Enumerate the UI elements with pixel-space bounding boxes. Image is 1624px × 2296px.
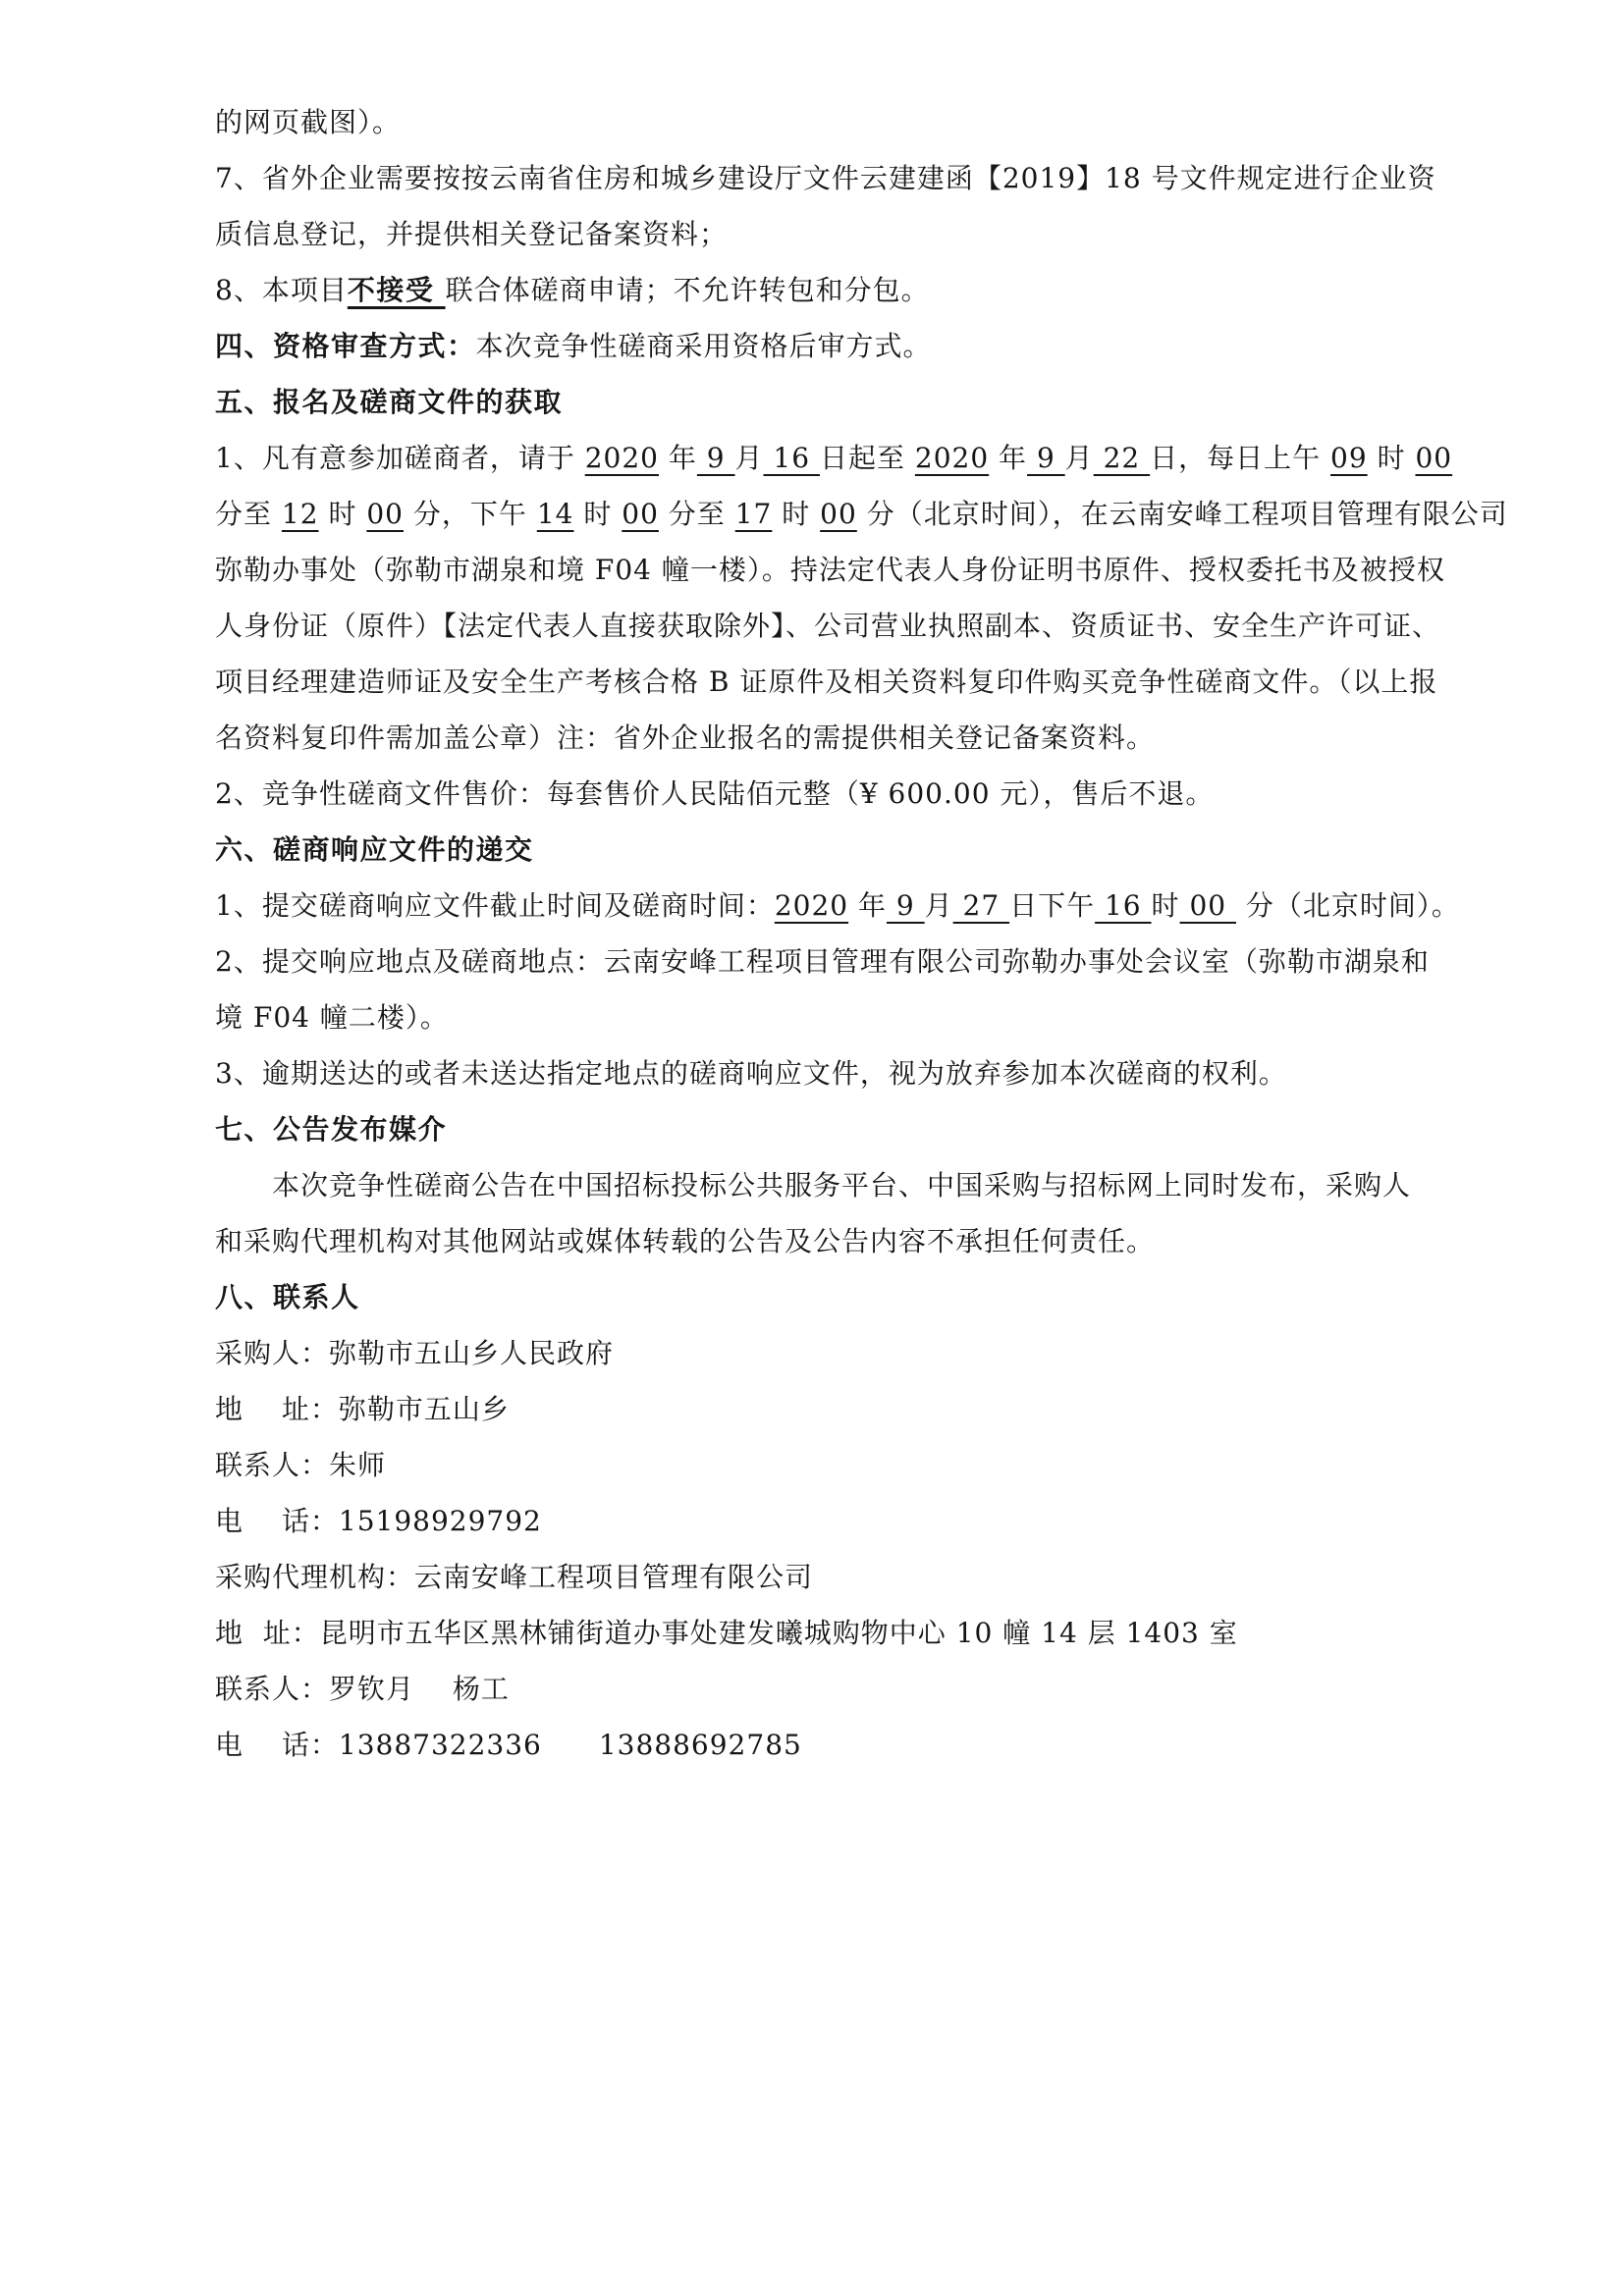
s6-item2-line-2: 境 F04 幢二楼）。 <box>215 989 1442 1045</box>
agency-contact: 联系人：罗钦月 杨工 <box>215 1661 1442 1717</box>
s5-item1-line-1: 1、凡有意参加磋商者，请于 2020 年 9 月 16 日起至 2020 年 9… <box>215 430 1442 486</box>
text-run: 时 <box>1368 442 1416 474</box>
underlined-value: 00 <box>1180 889 1236 922</box>
section-7-heading: 七、公告发布媒介 <box>215 1101 1442 1157</box>
bold-text: 八、联系人 <box>215 1281 360 1313</box>
s5-item1-line-5: 项目经理建造师证及安全生产考核合格 B 证原件及相关资料复印件购买竞争性磋商文件… <box>215 654 1442 710</box>
text-run: 3、逾期送达的或者未送达指定地点的磋商响应文件，视为放弃参加本次磋商的权利。 <box>215 1057 1287 1090</box>
text-run: 时 <box>319 498 367 530</box>
text-run: 7、省外企业需要按按云南省住房和城乡建设厅文件云建建函【2019】18 号文件规… <box>215 162 1436 194</box>
s5-item1-line-6: 名资料复印件需加盖公章）注：省外企业报名的需提供相关登记备案资料。 <box>215 710 1442 766</box>
text-run: 日下午 <box>1009 889 1095 922</box>
text-run: 地 址：昆明市五华区黑林铺街道办事处建发曦城购物中心 10 幢 14 层 140… <box>215 1617 1238 1649</box>
text-run: 采购代理机构：云南安峰工程项目管理有限公司 <box>215 1561 813 1593</box>
underlined-value: 22 <box>1094 442 1150 474</box>
bold-underlined-text: 不接受 <box>348 274 446 306</box>
clause-7-line-2: 质信息登记，并提供相关登记备案资料； <box>215 206 1442 262</box>
section-8-heading: 八、联系人 <box>215 1269 1442 1325</box>
text-run: 境 F04 幢二楼）。 <box>215 1001 449 1034</box>
text-run: 分至 <box>215 498 282 530</box>
text-run: 本次竞争性磋商采用资格后审方式。 <box>476 330 932 362</box>
text-run: 分，下午 <box>404 498 537 530</box>
buyer-name: 采购人：弥勒市五山乡人民政府 <box>215 1325 1442 1381</box>
text-run: 时 <box>573 498 622 530</box>
s5-item1-line-3: 弥勒办事处（弥勒市湖泉和境 F04 幢一楼）。持法定代表人身份证明书原件、授权委… <box>215 542 1442 598</box>
bold-text: 七、公告发布媒介 <box>215 1113 447 1146</box>
section-5-heading: 五、报名及磋商文件的获取 <box>215 374 1442 430</box>
underlined-value: 9 <box>887 889 925 922</box>
text-run: 时 <box>772 498 820 530</box>
underlined-value: 2020 <box>585 442 659 474</box>
text-run: 2、竞争性磋商文件售价：每套售价人民陆佰元整（¥ 600.00 元），售后不退。 <box>215 777 1214 810</box>
text-run: 日起至 <box>820 442 915 474</box>
s7-para-line-1: 本次竞争性磋商公告在中国招标投标公共服务平台、中国采购与招标网上同时发布，采购人 <box>215 1157 1442 1213</box>
underlined-value: 00 <box>1415 442 1452 474</box>
section-4-qualification-review: 四、资格审查方式：本次竞争性磋商采用资格后审方式。 <box>215 318 1442 374</box>
text-run: 月 <box>925 889 953 922</box>
text-run: 2、提交响应地点及磋商地点：云南安峰工程项目管理有限公司弥勒办事处会议室（弥勒市… <box>215 945 1430 978</box>
text-run: 分至 <box>659 498 735 530</box>
text-run: 联合体磋商申请；不允许转包和分包。 <box>446 274 930 306</box>
text-run: 电 话：13887322336 13888692785 <box>215 1729 802 1761</box>
text-run: 年 <box>848 889 887 922</box>
text-run: 日，每日上午 <box>1150 442 1330 474</box>
text-run: 人身份证（原件）【法定代表人直接获取除外】、公司营业执照副本、资质证书、安全生产… <box>215 610 1440 642</box>
underlined-value: 9 <box>697 442 735 474</box>
clause-7-line-1: 7、省外企业需要按按云南省住房和城乡建设厅文件云建建函【2019】18 号文件规… <box>215 150 1442 206</box>
s5-item1-line-4: 人身份证（原件）【法定代表人直接获取除外】、公司营业执照副本、资质证书、安全生产… <box>215 598 1442 654</box>
text-run: 时 <box>1152 889 1180 922</box>
s6-item2-line-1: 2、提交响应地点及磋商地点：云南安峰工程项目管理有限公司弥勒办事处会议室（弥勒市… <box>215 934 1442 989</box>
buyer-address: 地 址：弥勒市五山乡 <box>215 1381 1442 1437</box>
section-6-heading: 六、磋商响应文件的递交 <box>215 822 1442 878</box>
text-run: 8、本项目 <box>215 274 348 306</box>
text-run: 的网页截图）。 <box>215 106 401 138</box>
agency-address: 地 址：昆明市五华区黑林铺街道办事处建发曦城购物中心 10 幢 14 层 140… <box>215 1605 1442 1661</box>
text-run: 地 址：弥勒市五山乡 <box>215 1393 510 1425</box>
text-run: 名资料复印件需加盖公章）注：省外企业报名的需提供相关登记备案资料。 <box>215 721 1155 754</box>
text-run: 本次竞争性磋商公告在中国招标投标公共服务平台、中国采购与招标网上同时发布，采购人 <box>272 1169 1411 1201</box>
underlined-value: 27 <box>953 889 1009 922</box>
text-run: 电 话：15198929792 <box>215 1505 542 1537</box>
s6-item1: 1、提交磋商响应文件截止时间及磋商时间：2020 年 9 月 27 日下午 16… <box>215 878 1442 934</box>
buyer-contact: 联系人：朱师 <box>215 1437 1442 1493</box>
text-run: 联系人：罗钦月 杨工 <box>215 1673 510 1705</box>
bold-text: 六、磋商响应文件的递交 <box>215 833 534 866</box>
text-run: 和采购代理机构对其他网站或媒体转载的公告及公告内容不承担任何责任。 <box>215 1225 1155 1257</box>
underlined-value: 14 <box>537 498 574 530</box>
text-run: 弥勒办事处（弥勒市湖泉和境 F04 幢一楼）。持法定代表人身份证明书原件、授权委… <box>215 554 1445 586</box>
document-body: 的网页截图）。7、省外企业需要按按云南省住房和城乡建设厅文件云建建函【2019】… <box>215 94 1442 1773</box>
text-run: 1、凡有意参加磋商者，请于 <box>215 442 585 474</box>
text-run: 采购人：弥勒市五山乡人民政府 <box>215 1337 614 1369</box>
text-run: 月 <box>1065 442 1094 474</box>
underlined-value: 2020 <box>915 442 989 474</box>
text-run: 月 <box>735 442 764 474</box>
agency-name: 采购代理机构：云南安峰工程项目管理有限公司 <box>215 1549 1442 1605</box>
underlined-value: 9 <box>1027 442 1065 474</box>
clause-8: 8、本项目不接受 联合体磋商申请；不允许转包和分包。 <box>215 262 1442 318</box>
bold-text: 五、报名及磋商文件的获取 <box>215 386 563 418</box>
underlined-value: 00 <box>622 498 659 530</box>
underlined-value: 09 <box>1330 442 1368 474</box>
para-screenshot-note: 的网页截图）。 <box>215 94 1442 150</box>
agency-phone: 电 话：13887322336 13888692785 <box>215 1717 1442 1773</box>
underlined-value: 17 <box>735 498 773 530</box>
s6-item3: 3、逾期送达的或者未送达指定地点的磋商响应文件，视为放弃参加本次磋商的权利。 <box>215 1045 1442 1101</box>
buyer-phone: 电 话：15198929792 <box>215 1493 1442 1549</box>
text-run: 联系人：朱师 <box>215 1449 386 1481</box>
text-run: 1、提交磋商响应文件截止时间及磋商时间： <box>215 889 775 922</box>
document-page: 的网页截图）。7、省外企业需要按按云南省住房和城乡建设厅文件云建建函【2019】… <box>0 0 1624 2296</box>
s7-para-line-2: 和采购代理机构对其他网站或媒体转载的公告及公告内容不承担任何责任。 <box>215 1213 1442 1269</box>
text-run: 质信息登记，并提供相关登记备案资料； <box>215 218 728 250</box>
text-run: 项目经理建造师证及安全生产考核合格 B 证原件及相关资料复印件购买竞争性磋商文件… <box>215 666 1437 698</box>
text-run: 年 <box>659 442 697 474</box>
underlined-value: 12 <box>282 498 319 530</box>
text-run: 分（北京时间），在云南安峰工程项目管理有限公司 <box>857 498 1508 530</box>
underlined-value: 00 <box>820 498 857 530</box>
s5-item1-line-2: 分至 12 时 00 分，下午 14 时 00 分至 17 时 00 分（北京时… <box>215 486 1442 542</box>
s5-item2: 2、竞争性磋商文件售价：每套售价人民陆佰元整（¥ 600.00 元），售后不退。 <box>215 766 1442 822</box>
underlined-value: 16 <box>1095 889 1151 922</box>
underlined-value: 16 <box>764 442 820 474</box>
underlined-value: 00 <box>366 498 404 530</box>
text-run: 年 <box>989 442 1027 474</box>
underlined-value: 2020 <box>775 889 848 922</box>
text-run: 分（北京时间）。 <box>1236 889 1460 922</box>
bold-text: 四、资格审查方式： <box>215 330 476 362</box>
